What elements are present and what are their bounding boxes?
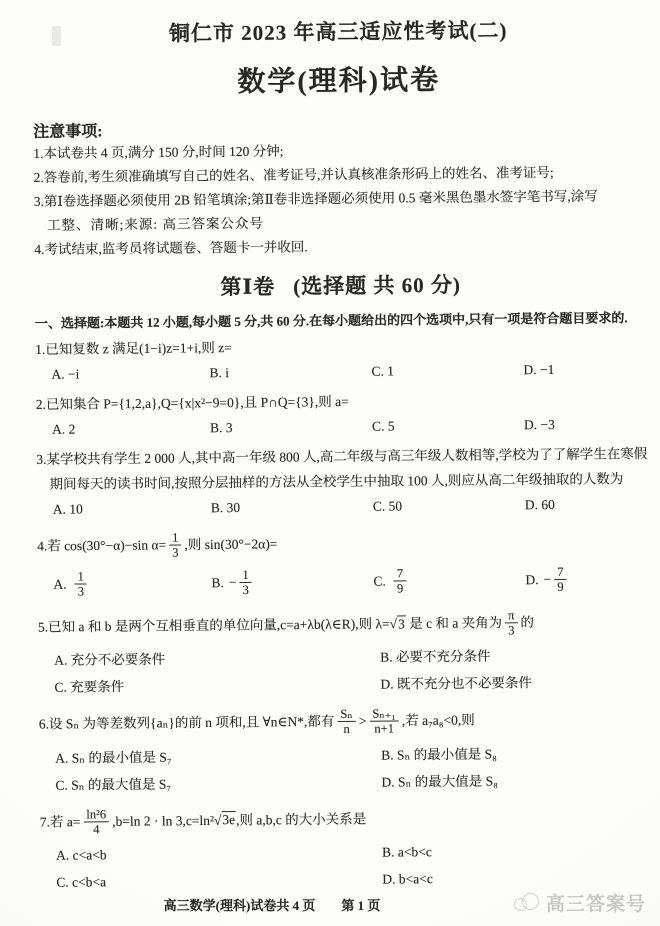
option-b: B. Sₙ 的最小值是 S₈ (381, 741, 651, 768)
watermark: 高三答案号 (514, 889, 646, 916)
option-a: A. Sₙ 的最小值是 S₇ (55, 743, 381, 770)
option-d: D. −1 (523, 356, 647, 382)
option-d: D. 既不充分也不必要条件 (380, 670, 650, 697)
option-d: D. b<a<c (382, 865, 652, 892)
question-6: 6.设 Sₙ 为等差数列{aₙ}的前 n 项和,且 ∀n∈N*,都有Sₙn>Sₙ… (39, 699, 652, 797)
fraction: 79 (554, 565, 567, 594)
watermark-text: 高三答案号 (546, 889, 646, 916)
option-c: C. Sₙ 的最大值是 S₇ (55, 770, 381, 797)
page-subtitle: 数学(理科)试卷 (33, 56, 645, 102)
page-title: 铜仁市 2023 年高三适应性考试(二) (32, 13, 644, 49)
answers-account-logo-icon (514, 892, 540, 914)
section-title-detail: (选择题 共 60 分) (293, 273, 461, 299)
question-5-stem: 5.已知 a 和 b 是两个互相垂直的单位向量,c=a+λb(λ∈R),则 λ=… (38, 602, 650, 649)
question-7-stem: 7.若 a=ln²64,b=ln 2 · ln 3,c=ln²√3e,则 a,b… (40, 797, 652, 844)
option-d: D. 60 (525, 491, 649, 517)
option-d: D. −3 (524, 411, 648, 437)
option-b: B. 3 (210, 414, 372, 441)
option-c: C.79 (373, 566, 525, 597)
question-2: 2.已知集合 P={1,2,a},Q={x|x²−9=0},且 P∩Q={3},… (36, 386, 648, 442)
fraction: Sₙn (337, 707, 356, 736)
section-title-volume: 第Ⅰ卷 (220, 275, 275, 300)
option-b: B.−13 (211, 568, 373, 599)
question-4-options: A.13 B.−13 C.79 D.−79 (37, 562, 649, 603)
option-a: A. −i (51, 360, 209, 387)
option-c: C. 5 (372, 412, 524, 438)
option-a: A. 充分不必要条件 (54, 646, 380, 673)
sqrt-radical: √3 (390, 615, 406, 631)
option-b: B. 必要不充分条件 (380, 643, 650, 670)
option-b: B. i (209, 359, 371, 386)
question-7-options: A. c<a<b B. a<b<c C. c<b<a D. b<a<c (40, 838, 652, 895)
paper-content: 铜仁市 2023 年高三适应性考试(二) 数学(理科)试卷 注意事项: 1.本试… (32, 5, 652, 894)
page-footer: 高三数学(理科)试卷共 4 页 第 1 页 (0, 895, 602, 914)
question-6-options: A. Sₙ 的最小值是 S₇ B. Sₙ 的最小值是 S₈ C. Sₙ 的最大值… (39, 741, 651, 798)
fraction: ln²64 (83, 807, 109, 836)
question-3: 3.某学校共有学生 2 000 人,其中高一年级 800 人,高二年级与高三年级… (36, 441, 649, 522)
question-4: 4.若 cos(30°−α)−sin α=13,则 sin(30°−2α)= A… (37, 521, 650, 603)
fraction: 79 (394, 566, 407, 595)
question-3-options: A. 10 B. 30 C. 50 D. 60 (37, 491, 649, 522)
footer-paper-label: 高三数学(理科)试卷共 4 页 (164, 895, 316, 914)
option-a: A. 2 (52, 415, 210, 442)
fraction: Sₙ₊₁n+1 (369, 707, 399, 736)
fraction: 13 (75, 570, 88, 599)
question-6-stem: 6.设 Sₙ 为等差数列{aₙ}的前 n 项和,且 ∀n∈N*,都有Sₙn>Sₙ… (39, 699, 651, 746)
section-instruction: 一、选择题:本题共 12 小题,每小题 5 分,共 60 分.在每小题给出的四个… (35, 307, 647, 332)
sqrt-radical: √3e (214, 811, 236, 827)
question-1-options: A. −i B. i C. 1 D. −1 (35, 356, 647, 387)
question-5-options: A. 充分不必要条件 B. 必要不充分条件 C. 充要条件 D. 既不充分也不必… (38, 643, 650, 700)
option-c: C. c<b<a (56, 867, 382, 894)
option-d: D. Sₙ 的最大值是 S₈ (381, 768, 651, 795)
option-d: D.−79 (525, 565, 649, 595)
question-7: 7.若 a=ln²64,b=ln 2 · ln 3,c=ln²√3e,则 a,b… (40, 797, 653, 895)
fraction: 13 (239, 568, 252, 597)
question-2-options: A. 2 B. 3 C. 5 D. −3 (36, 411, 648, 442)
option-a: A. 10 (53, 495, 211, 522)
question-5: 5.已知 a 和 b 是两个互相垂直的单位向量,c=a+λb(λ∈R),则 λ=… (38, 602, 651, 700)
option-b: B. 30 (211, 494, 373, 521)
page-number: 第 1 页 (341, 895, 380, 914)
option-c: C. 50 (373, 492, 525, 518)
fraction: 13 (169, 531, 182, 560)
option-b: B. a<b<c (382, 838, 652, 865)
exam-paper-page: 铜仁市 2023 年高三适应性考试(二) 数学(理科)试卷 注意事项: 1.本试… (0, 0, 660, 926)
fraction: π3 (505, 609, 518, 638)
question-1: 1.已知复数 z 满足(1−i)z=1+i,则 z= A. −i B. i C.… (35, 331, 647, 387)
option-c: C. 1 (371, 357, 523, 383)
question-4-stem: 4.若 cos(30°−α)−sin α=13,则 sin(30°−2α)= (37, 521, 649, 568)
option-a: A.13 (53, 569, 211, 600)
option-c: C. 充要条件 (54, 673, 380, 700)
option-a: A. c<a<b (56, 840, 382, 867)
section-title: 第Ⅰ卷(选择题 共 60 分) (35, 267, 647, 303)
notice-line-4: 4.考试结束,监考员将试题卷、答题卡一并收回. (34, 232, 646, 262)
